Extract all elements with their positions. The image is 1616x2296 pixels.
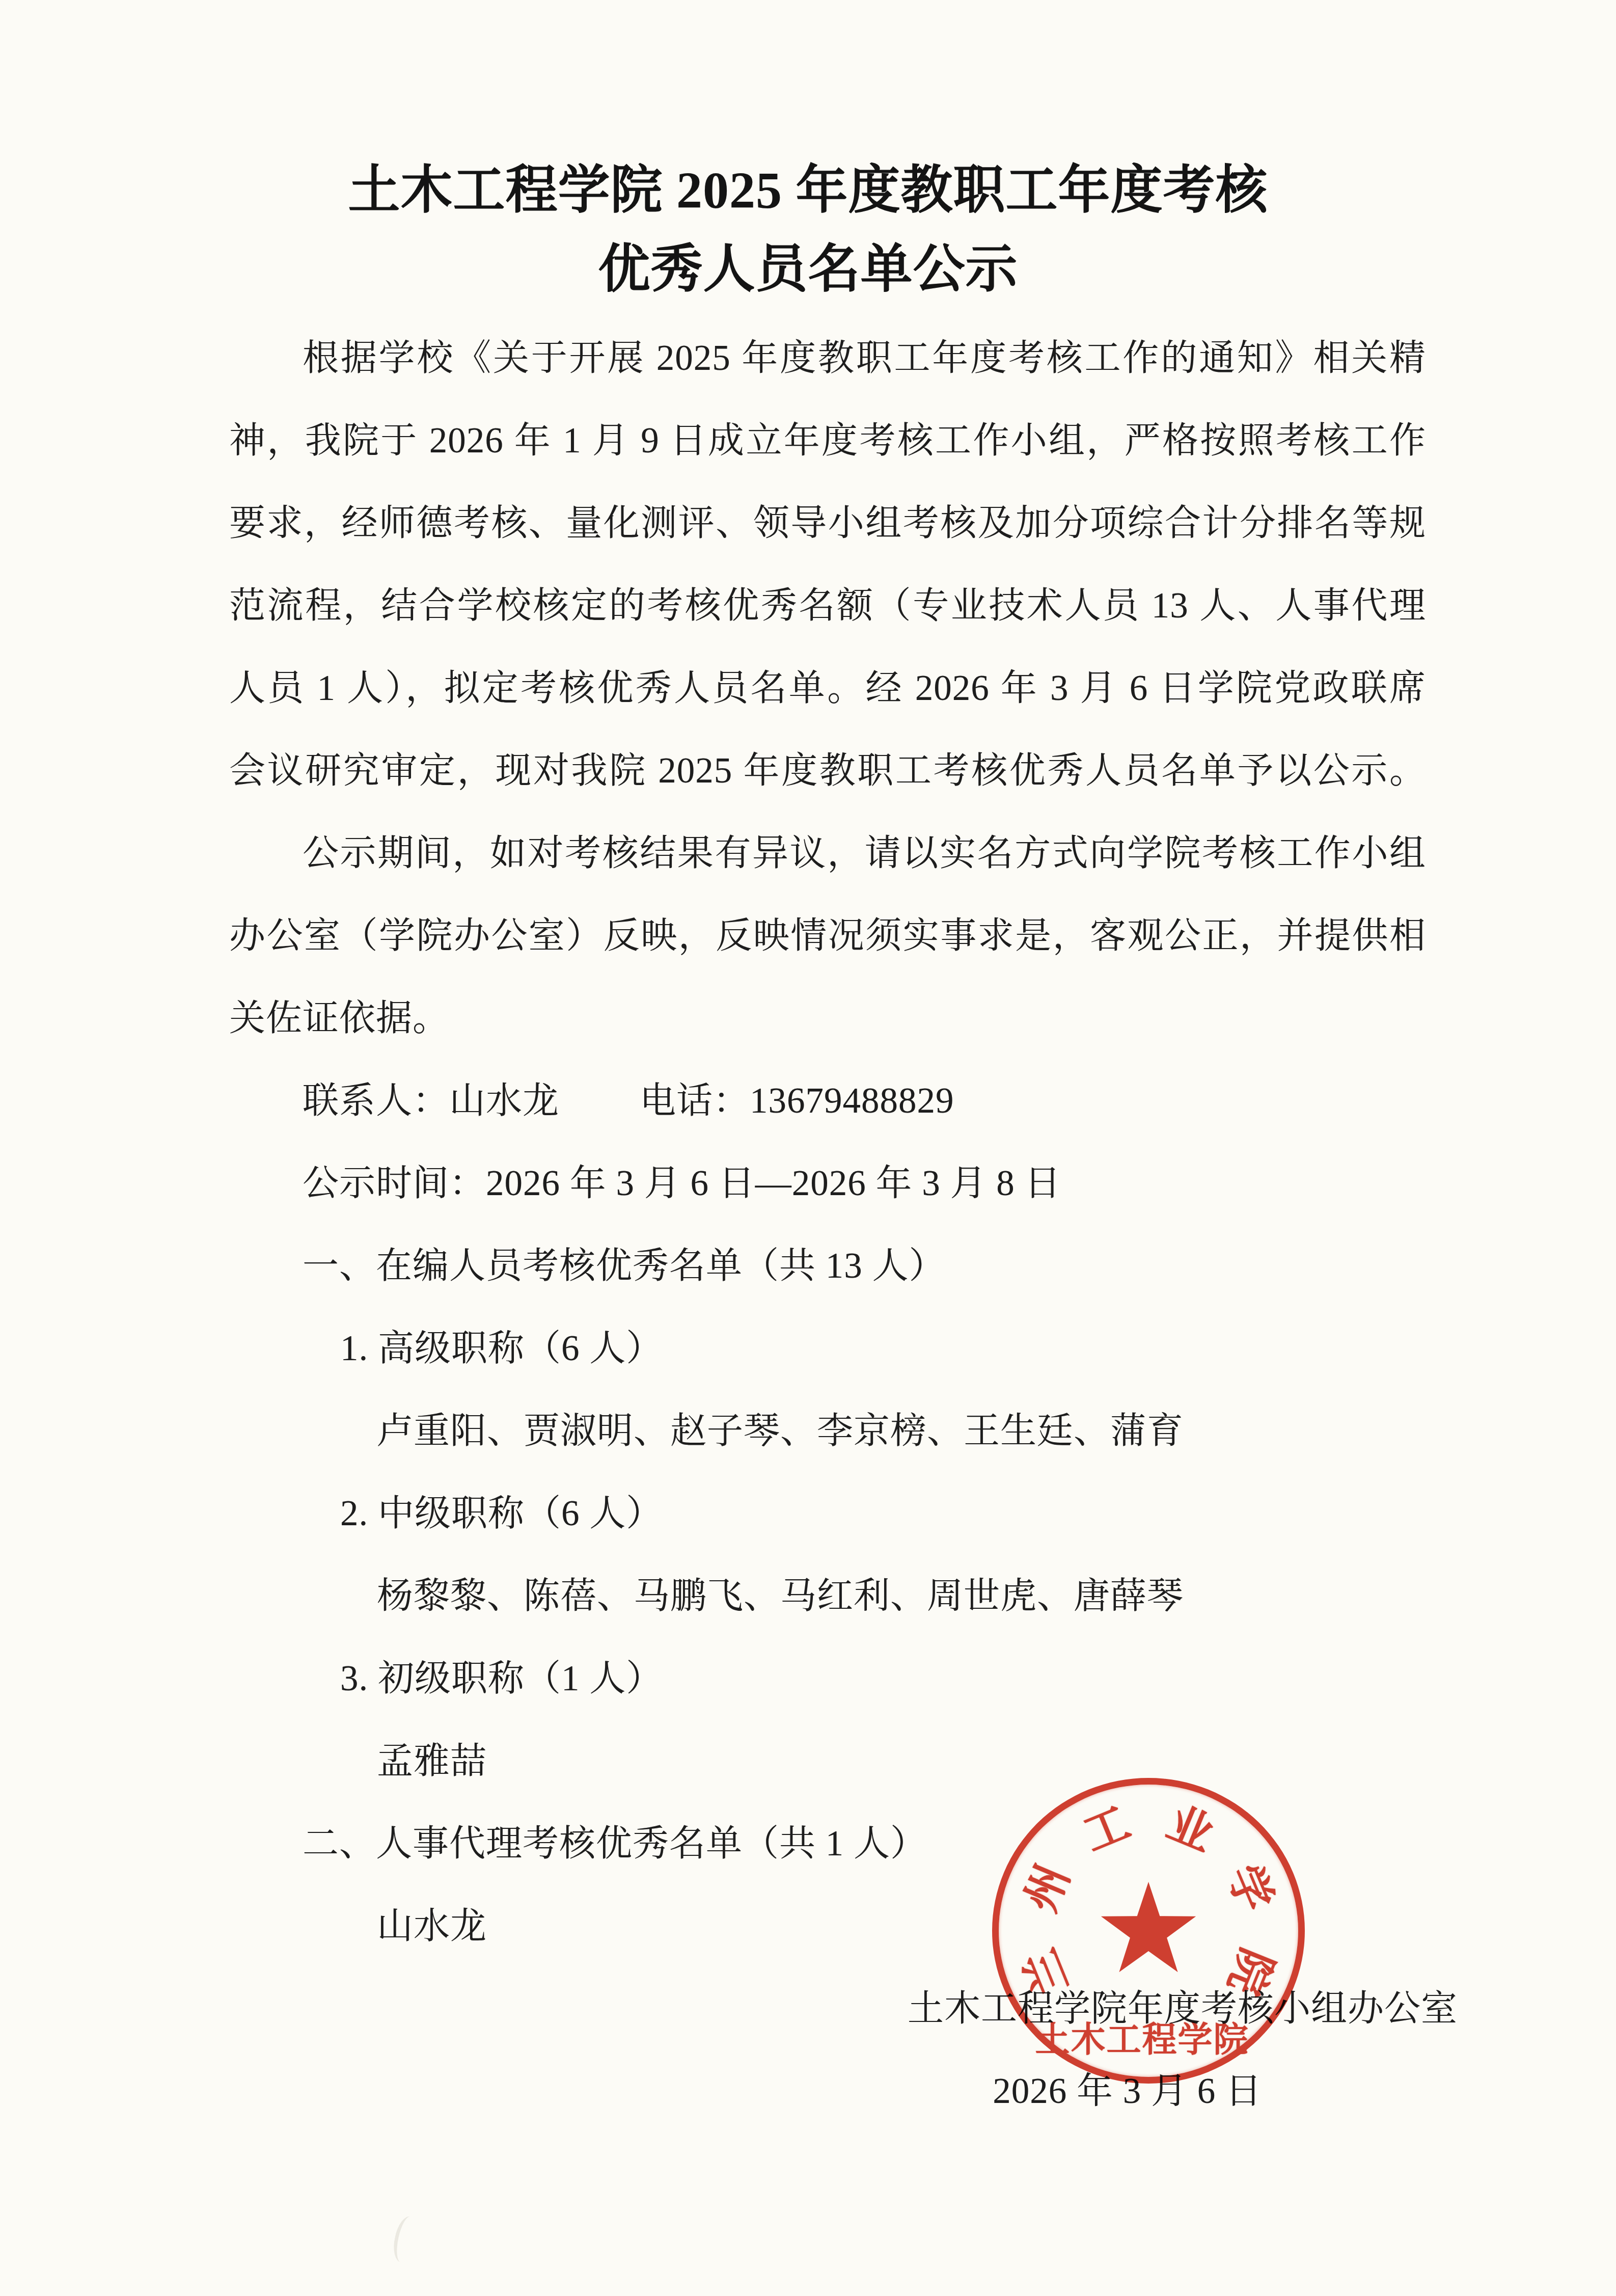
- contact-phone: 电话：13679488829: [640, 1081, 954, 1121]
- list-item-label: 3. 初级职称（1 人）: [229, 1637, 1426, 1720]
- document-title: 土木工程学院 2025 年度教职工年度考核 优秀人员名单公示: [0, 151, 1616, 309]
- list-item-label: 1. 高级职称（6 人）: [229, 1307, 1426, 1390]
- section1-heading: 一、在编人员考核优秀名单（共 13 人）: [229, 1225, 1426, 1307]
- contact-person: 联系人：山水龙: [303, 1081, 559, 1121]
- title-line-2: 优秀人员名单公示: [0, 230, 1616, 309]
- paragraph1-line: 会议研究审定，现对我院 2025 年度教职工考核优秀人员名单予以公示。: [229, 730, 1426, 812]
- contact-line: 联系人：山水龙电话：13679488829: [229, 1060, 1426, 1142]
- paragraph2-line: 办公室（学院办公室）反映，反映情况须实事求是，客观公正，并提供相: [229, 895, 1426, 977]
- publicity-period-line: 公示时间：2026 年 3 月 6 日—2026 年 3 月 8 日: [229, 1142, 1426, 1225]
- paragraph2-line: 公示期间，如对考核结果有异议，请以实名方式向学院考核工作小组: [229, 812, 1426, 895]
- paragraph1-line: 根据学校《关于开展 2025 年度教职工年度考核工作的通知》相关精: [229, 317, 1426, 399]
- paragraph1-line: 人员 1 人），拟定考核优秀人员名单。经 2026 年 3 月 6 日学院党政联…: [229, 647, 1426, 730]
- paragraph1-line: 要求，经师德考核、量化测评、领导小组考核及加分项综合计分排名等规: [229, 482, 1426, 564]
- paragraph1-line: 范流程，结合学校核定的考核优秀名额（专业技术人员 13 人、人事代理: [229, 564, 1426, 647]
- scan-artifact: [390, 2214, 421, 2265]
- red-star-icon: [1098, 1881, 1199, 1983]
- document-page: 土木工程学院 2025 年度教职工年度考核 优秀人员名单公示 根据学校《关于开展…: [0, 0, 1616, 2296]
- list-item-label: 2. 中级职称（6 人）: [229, 1472, 1426, 1555]
- names-line: 杨黎黎、陈蓓、马鹏飞、马红利、周世虎、唐薛琴: [229, 1555, 1426, 1637]
- paragraph2-line: 关佐证依据。: [229, 977, 1426, 1060]
- names-line: 卢重阳、贾淑明、赵子琴、李京榜、王生廷、蒲育: [229, 1390, 1426, 1472]
- seal-inner-text: 土木工程学院: [1035, 2012, 1249, 2062]
- title-line-1: 土木工程学院 2025 年度教职工年度考核: [0, 151, 1616, 230]
- paragraph1-line: 神，我院于 2026 年 1 月 9 日成立年度考核工作小组，严格按照考核工作: [229, 399, 1426, 482]
- official-seal: 兰州工业学院 土木工程学院: [992, 1778, 1305, 2084]
